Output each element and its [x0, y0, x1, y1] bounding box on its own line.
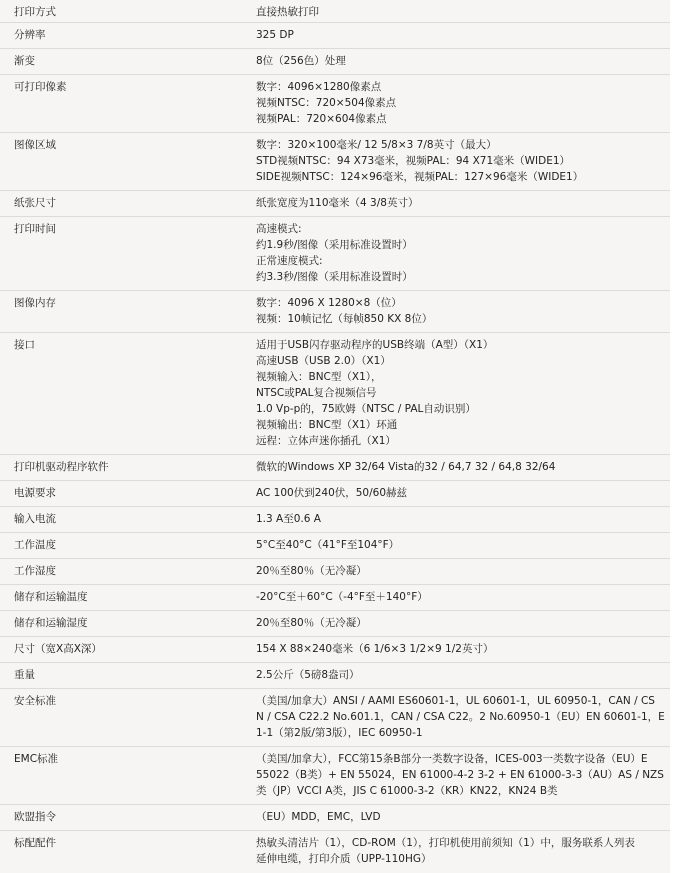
- spec-label: 图像区域: [0, 133, 256, 190]
- spec-label: 欧盟指令: [0, 805, 256, 830]
- spec-row: 尺寸（宽X高X深）154 X 88×240毫米（6 1/6×3 1/2×9 1/…: [0, 637, 670, 663]
- spec-value: 数字：320×100毫米/ 12 5/8×3 7/8英寸（最大）STD视频NTS…: [256, 133, 670, 190]
- spec-row: 安全标准（美国/加拿大）ANSI / AAMI ES60601-1，UL 606…: [0, 689, 670, 747]
- spec-label: 可打印像素: [0, 75, 256, 132]
- spec-value: 20％至80％（无冷凝）: [256, 559, 670, 584]
- spec-row: 分辨率325 DP: [0, 23, 670, 49]
- spec-row: 接口适用于USB闪存驱动程序的USB终端（A型）（X1）高速USB（USB 2.…: [0, 333, 670, 455]
- spec-value-line: 纸张宽度为110毫米（4 3/8英寸）: [256, 195, 670, 211]
- spec-row: 纸张尺寸纸张宽度为110毫米（4 3/8英寸）: [0, 191, 670, 217]
- spec-value-line: （美国/加拿大），FCC第15条B部分一类数字设备，ICES-003一类数字设备…: [256, 751, 670, 767]
- spec-value-line: 2.5公斤（5磅8盎司）: [256, 667, 670, 683]
- spec-value-line: 高速模式:: [256, 221, 670, 237]
- spec-row: 储存和运输温度-20°C至＋60°C（-4°F至＋140°F）: [0, 585, 670, 611]
- spec-value-line: SIDE视频NTSC：124×96毫米，视频PAL：127×96毫米（WIDE1…: [256, 169, 670, 185]
- spec-label: 安全标准: [0, 689, 256, 746]
- spec-row: 图像内存数字：4096 X 1280×8（位）视频：10帧记忆（每帧850 KX…: [0, 291, 670, 333]
- spec-value-line: 适用于USB闪存驱动程序的USB终端（A型）（X1）: [256, 337, 670, 353]
- spec-value-line: STD视频NTSC：94 X73毫米，视频PAL：94 X71毫米（WIDE1）: [256, 153, 670, 169]
- spec-value-line: 远程：立体声迷你插孔（X1）: [256, 433, 670, 449]
- spec-value: 2.5公斤（5磅8盎司）: [256, 663, 670, 688]
- spec-value-line: 视频输入：BNC型（X1），: [256, 369, 670, 385]
- spec-value: 8位（256色）处理: [256, 49, 670, 74]
- spec-row: 打印方式直接热敏打印: [0, 0, 670, 23]
- spec-value-line: 视频PAL：720×604像素点: [256, 111, 670, 127]
- spec-value: 热敏头清洁片（1），CD-ROM（1），打印机使用前须知（1）中，服务联系人列表…: [256, 831, 670, 873]
- spec-value-line: AC 100伏到240伏，50/60赫兹: [256, 485, 670, 501]
- spec-label: 标配配件: [0, 831, 256, 873]
- spec-label: 分辨率: [0, 23, 256, 48]
- spec-table: 打印方式直接热敏打印分辨率325 DP渐变8位（256色）处理可打印像素数字：4…: [0, 0, 670, 873]
- spec-value-line: N / CSA C22.2 No.601.1，CAN / CSA C22。2 N…: [256, 709, 670, 725]
- spec-value-line: 5°C至40°C（41°F至104°F）: [256, 537, 670, 553]
- spec-value-line: 1.0 Vp-p的，75欧姆（NTSC / PAL自动识别）: [256, 401, 670, 417]
- spec-value-line: 20％至80％（无冷凝）: [256, 563, 670, 579]
- spec-row: 打印机驱动程序软件微软的Windows XP 32/64 Vista的32 / …: [0, 455, 670, 481]
- spec-label: 储存和运输湿度: [0, 611, 256, 636]
- spec-row: 工作温度5°C至40°C（41°F至104°F）: [0, 533, 670, 559]
- spec-label: 打印机驱动程序软件: [0, 455, 256, 480]
- spec-value-line: 20％至80％（无冷凝）: [256, 615, 670, 631]
- spec-value-line: 数字：4096 X 1280×8（位）: [256, 295, 670, 311]
- spec-label: 重量: [0, 663, 256, 688]
- spec-label: 接口: [0, 333, 256, 454]
- spec-label: 尺寸（宽X高X深）: [0, 637, 256, 662]
- spec-value: 5°C至40°C（41°F至104°F）: [256, 533, 670, 558]
- spec-value: （美国/加拿大），FCC第15条B部分一类数字设备，ICES-003一类数字设备…: [256, 747, 670, 804]
- spec-value-line: （美国/加拿大）ANSI / AAMI ES60601-1，UL 60601-1…: [256, 693, 670, 709]
- spec-label: 打印方式: [0, 0, 256, 22]
- spec-value-line: 延伸电缆，打印介质（UPP-110HG）: [256, 851, 670, 867]
- spec-row: 打印时间高速模式:约1.9秒/图像（采用标准设置时）正常速度模式:约3.3秒/图…: [0, 217, 670, 291]
- spec-row: 图像区域数字：320×100毫米/ 12 5/8×3 7/8英寸（最大）STD视…: [0, 133, 670, 191]
- spec-value: -20°C至＋60°C（-4°F至＋140°F）: [256, 585, 670, 610]
- spec-value-line: 1-1（第2版/第3版），IEC 60950-1: [256, 725, 670, 741]
- spec-row: 储存和运输湿度20％至80％（无冷凝）: [0, 611, 670, 637]
- spec-value-line: 热敏头清洁片（1），CD-ROM（1），打印机使用前须知（1）中，服务联系人列表: [256, 835, 670, 851]
- spec-value-line: 55022（B类）+ EN 55024，EN 61000-4-2 3-2 + E…: [256, 767, 670, 783]
- spec-value-line: 8位（256色）处理: [256, 53, 670, 69]
- spec-value-line: 微软的Windows XP 32/64 Vista的32 / 64,7 32 /…: [256, 459, 670, 475]
- spec-value: 微软的Windows XP 32/64 Vista的32 / 64,7 32 /…: [256, 455, 670, 480]
- spec-label: EMC标准: [0, 747, 256, 804]
- spec-value-line: 约1.9秒/图像（采用标准设置时）: [256, 237, 670, 253]
- spec-value: 1.3 A至0.6 A: [256, 507, 670, 532]
- spec-row: 欧盟指令（EU）MDD，EMC，LVD: [0, 805, 670, 831]
- spec-label: 工作温度: [0, 533, 256, 558]
- spec-value: 325 DP: [256, 23, 670, 48]
- spec-label: 图像内存: [0, 291, 256, 332]
- spec-value-line: 视频：10帧记忆（每帧850 KX 8位）: [256, 311, 670, 327]
- spec-value-line: 类（JP）VCCI A类，JIS C 61000-3-2（KR）KN22，KN2…: [256, 783, 670, 799]
- spec-value-line: 数字：4096×1280像素点: [256, 79, 670, 95]
- spec-value: 高速模式:约1.9秒/图像（采用标准设置时）正常速度模式:约3.3秒/图像（采用…: [256, 217, 670, 290]
- spec-value: （EU）MDD，EMC，LVD: [256, 805, 670, 830]
- spec-label: 输入电流: [0, 507, 256, 532]
- spec-value: 纸张宽度为110毫米（4 3/8英寸）: [256, 191, 670, 216]
- spec-value-line: 154 X 88×240毫米（6 1/6×3 1/2×9 1/2英寸）: [256, 641, 670, 657]
- spec-value-line: 正常速度模式:: [256, 253, 670, 269]
- spec-row: 可打印像素数字：4096×1280像素点视频NTSC：720×504像素点视频P…: [0, 75, 670, 133]
- spec-label: 纸张尺寸: [0, 191, 256, 216]
- spec-label: 渐变: [0, 49, 256, 74]
- spec-value: AC 100伏到240伏，50/60赫兹: [256, 481, 670, 506]
- spec-value-line: -20°C至＋60°C（-4°F至＋140°F）: [256, 589, 670, 605]
- spec-value: 适用于USB闪存驱动程序的USB终端（A型）（X1）高速USB（USB 2.0）…: [256, 333, 670, 454]
- spec-value-line: 约3.3秒/图像（采用标准设置时）: [256, 269, 670, 285]
- spec-value-line: 直接热敏打印: [256, 4, 670, 20]
- spec-value-line: 视频输出：BNC型（X1）环通: [256, 417, 670, 433]
- spec-row: EMC标准（美国/加拿大），FCC第15条B部分一类数字设备，ICES-003一…: [0, 747, 670, 805]
- spec-value-line: 数字：320×100毫米/ 12 5/8×3 7/8英寸（最大）: [256, 137, 670, 153]
- spec-value: （美国/加拿大）ANSI / AAMI ES60601-1，UL 60601-1…: [256, 689, 670, 746]
- spec-value-line: 325 DP: [256, 27, 670, 43]
- spec-value-line: 1.3 A至0.6 A: [256, 511, 670, 527]
- spec-value: 数字：4096 X 1280×8（位）视频：10帧记忆（每帧850 KX 8位）: [256, 291, 670, 332]
- spec-row: 输入电流1.3 A至0.6 A: [0, 507, 670, 533]
- spec-value: 20％至80％（无冷凝）: [256, 611, 670, 636]
- spec-value: 直接热敏打印: [256, 0, 670, 22]
- spec-value-line: 视频NTSC：720×504像素点: [256, 95, 670, 111]
- spec-row: 渐变8位（256色）处理: [0, 49, 670, 75]
- spec-row: 工作湿度20％至80％（无冷凝）: [0, 559, 670, 585]
- spec-label: 储存和运输温度: [0, 585, 256, 610]
- spec-label: 工作湿度: [0, 559, 256, 584]
- spec-value-line: 高速USB（USB 2.0）（X1）: [256, 353, 670, 369]
- spec-row: 电源要求AC 100伏到240伏，50/60赫兹: [0, 481, 670, 507]
- spec-value-line: NTSC或PAL复合视频信号: [256, 385, 670, 401]
- spec-label: 电源要求: [0, 481, 256, 506]
- spec-value: 数字：4096×1280像素点视频NTSC：720×504像素点视频PAL：72…: [256, 75, 670, 132]
- spec-label: 打印时间: [0, 217, 256, 290]
- spec-value-line: （EU）MDD，EMC，LVD: [256, 809, 670, 825]
- spec-row: 重量2.5公斤（5磅8盎司）: [0, 663, 670, 689]
- spec-value: 154 X 88×240毫米（6 1/6×3 1/2×9 1/2英寸）: [256, 637, 670, 662]
- spec-row: 标配配件热敏头清洁片（1），CD-ROM（1），打印机使用前须知（1）中，服务联…: [0, 831, 670, 873]
